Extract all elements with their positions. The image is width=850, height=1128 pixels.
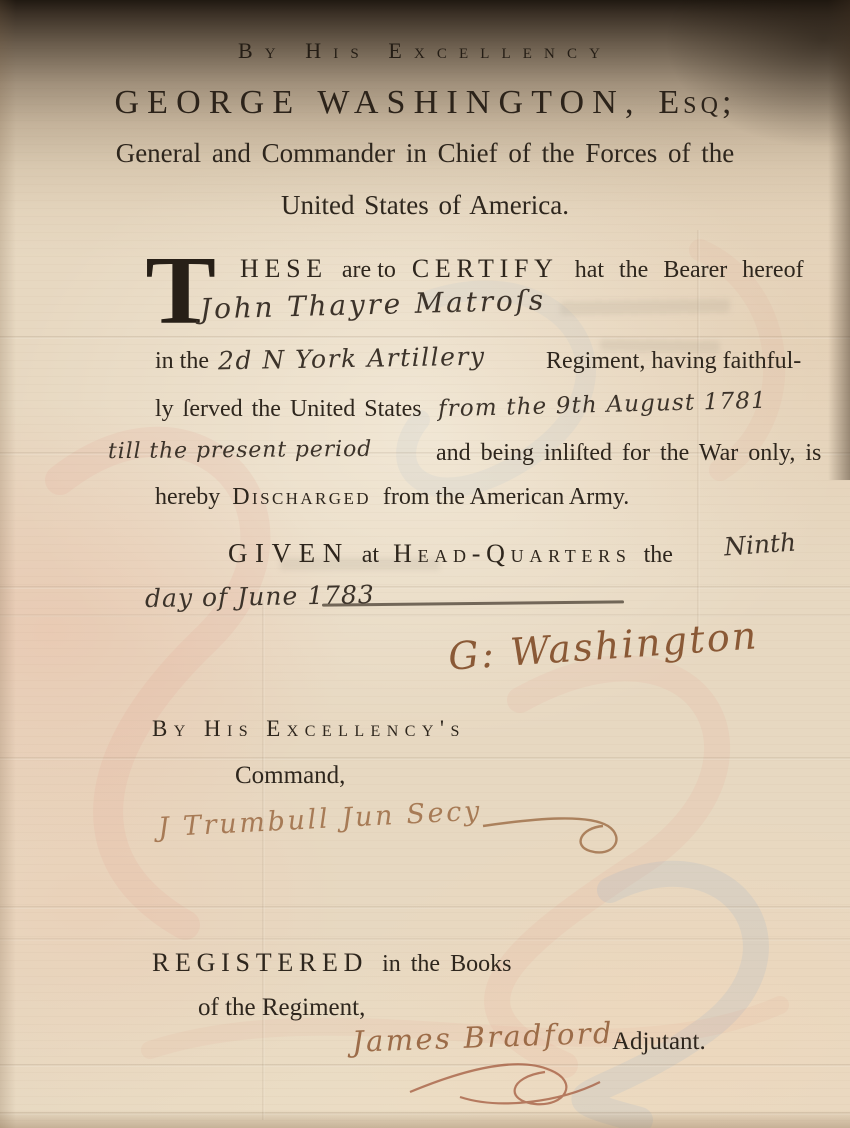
heading-esq: Esq; <box>658 84 735 121</box>
certify-line: HESE are to CERTIFY hat the Bearer hereo… <box>240 254 804 284</box>
certify-these: HESE <box>240 254 328 283</box>
by-his-excellencys: By His Excellency's <box>152 716 466 742</box>
certify-are-to: are to <box>342 257 396 283</box>
heading-name: GEORGE WASHINGTON, <box>114 84 641 121</box>
given-at: at <box>362 542 379 568</box>
discharged-rest: from the American Army. <box>383 484 629 510</box>
inlisted-rest: and being inliſted for the War only, is <box>436 440 821 467</box>
regiment-rest: Regiment, having faithful- <box>546 348 801 375</box>
till-entry: till the present period <box>108 437 372 464</box>
certify-certify: CERTIFY <box>412 254 559 283</box>
heading-united-states: United States of America. <box>0 190 850 221</box>
served-line: ly ſerved the United States <box>155 396 422 423</box>
command-label: Command, <box>235 762 345 790</box>
registered-word: REGISTERED <box>152 948 368 977</box>
head-quarters-word: Head-Quarters <box>393 539 632 568</box>
heading-by-his-excellency: By His Excellency <box>0 38 850 64</box>
hereby-label: hereby <box>155 484 220 510</box>
of-the-regiment: of the Regiment, <box>198 994 365 1022</box>
registered-rest: in the Books <box>382 951 511 977</box>
registered-line: REGISTERED in the Books <box>152 948 511 978</box>
adjutant-label: Adjutant. <box>612 1028 706 1056</box>
heading-commander-line: General and Commander in Chief of the Fo… <box>0 138 850 169</box>
discharged-word: Discharged <box>232 484 371 510</box>
regiment-entry: 2d N York Artillery <box>218 342 486 376</box>
heading-george-washington: GEORGE WASHINGTON, Esq; <box>0 84 850 122</box>
framed-discharge-certificate: By His Excellency GEORGE WASHINGTON, Esq… <box>0 0 850 1128</box>
in-the-label: in the <box>155 348 209 375</box>
date-entry: day of June 1783 <box>145 580 375 613</box>
ink-showthrough <box>560 299 730 316</box>
day-entry: Ninth <box>723 528 797 562</box>
discharged-line: hereby Discharged from the American Army… <box>155 484 629 511</box>
given-word: GIVEN <box>228 538 350 568</box>
given-line: GIVEN at Head-Quarters the <box>228 538 673 569</box>
certify-rest: hat the Bearer hereof <box>575 257 804 283</box>
given-the: the <box>644 542 673 568</box>
